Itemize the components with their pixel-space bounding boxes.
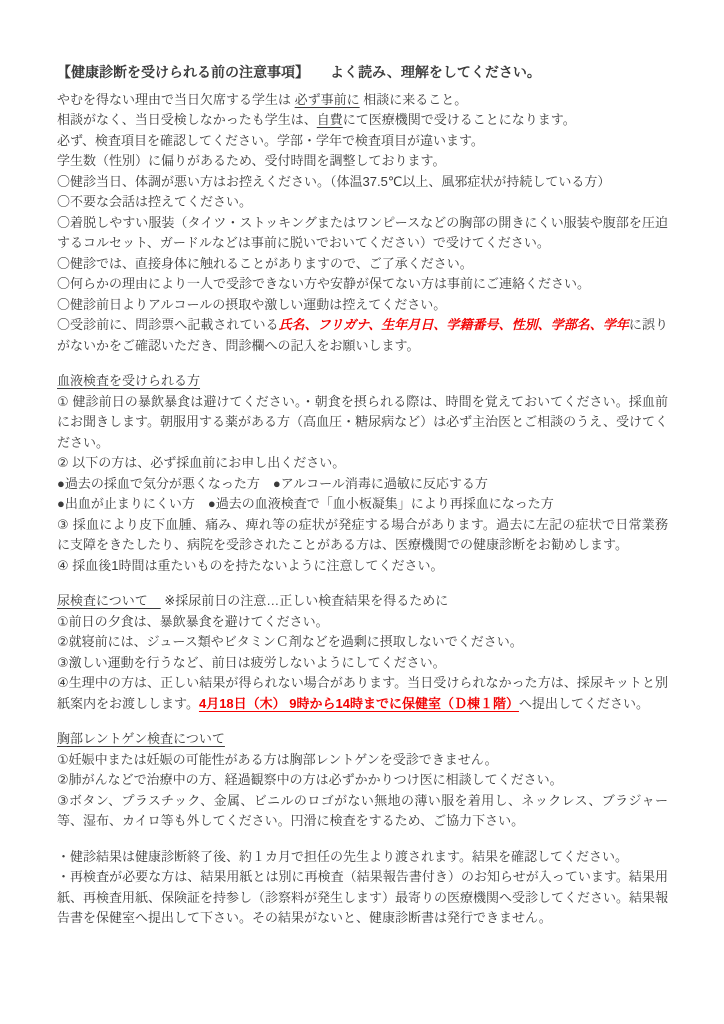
document-body: 【健康診断を受けられる前の注意事項】 よく読み、理解をしてください。やむを得ない… xyxy=(57,62,668,929)
results-item-2: ・再検査が必要な方は、結果用紙とは別に再検査（結果報告書付き）のお知らせが入って… xyxy=(57,867,668,929)
text-segment: 〇健診では、直接身体に触れることがありますので、ご了承ください。 xyxy=(57,256,473,271)
urine-item-4: ④生理中の方は、正しい結果が得られない場合があります。当日受けられなかった方は、… xyxy=(57,673,668,714)
text-segment: 必ず事前に xyxy=(295,92,360,107)
note-check-items: 必ず、検査項目を確認してください。学部・学年で検査項目が違います。 xyxy=(57,131,668,152)
text-segment: ②肺がんなどで治療中の方、経過観察中の方は必ずかかりつけ医に相談してください。 xyxy=(57,772,563,787)
text-segment: 血液検査を受けられる方 xyxy=(57,373,200,388)
results-item-1: ・健診結果は健康診断終了後、約１カ月で担任の先生より渡されます。結果を確認してく… xyxy=(57,847,668,868)
urine-test-heading: 尿検査について ※採尿前日の注意…正しい検査結果を得るために xyxy=(57,591,668,612)
text-segment: ②就寝前には、ジュース類やビタミンＣ剤などを過剰に摂取しないでください。 xyxy=(57,634,523,649)
note-no-talk: 〇不要な会話は控えてください。 xyxy=(57,192,668,213)
document-title: 【健康診断を受けられる前の注意事項】 よく読み、理解をしてください。 xyxy=(57,62,668,83)
text-segment: ④ 採血後1時間は重たいものを持たないように注意してください。 xyxy=(57,558,444,573)
pre-checkup-notes-section: 【健康診断を受けられる前の注意事項】 よく読み、理解をしてください。やむを得ない… xyxy=(57,62,668,356)
text-segment: ③ 採血により皮下血腫、痛み、痺れ等の症状が発症する場合があります。過去に左記の… xyxy=(57,517,668,553)
text-segment: 尿検査について xyxy=(57,593,161,608)
blood-test-section: 血液検査を受けられる方① 健診前日の暴飲暴食は避けてください。・朝食を摂られる際… xyxy=(57,371,668,576)
text-segment: よく読み、理解をしてください。 xyxy=(330,64,541,80)
text-segment: やむを得ない理由で当日欠席する学生は xyxy=(57,92,295,107)
note-absence: やむを得ない理由で当日欠席する学生は 必ず事前に 相談に来ること。 xyxy=(57,90,668,111)
document-page: 【健康診断を受けられる前の注意事項】 よく読み、理解をしてください。やむを得ない… xyxy=(0,0,724,1024)
text-segment: 相談に来ること。 xyxy=(360,92,468,107)
chest-xray-section: 胸部レントゲン検査について①妊娠中または妊娠の可能性がある方は胸部レントゲンを受… xyxy=(57,729,668,832)
blood-test-heading: 血液検査を受けられる方 xyxy=(57,371,668,392)
text-segment: ●過去の採血で気分が悪くなった方 ●アルコール消毒に過敏に反応する方 xyxy=(57,476,488,491)
note-reception-time: 学生数（性別）に偏りがあるため、受付時間を調整しております。 xyxy=(57,151,668,172)
text-segment: 自費 xyxy=(317,112,343,127)
text-segment: 相談がなく、当日受検しなかったも学生は、 xyxy=(57,112,317,127)
text-segment: ●出血が止まりにくい方 ●過去の血液検査で「血小板凝集」により再採血になった方 xyxy=(57,496,554,511)
text-segment: 必ず、検査項目を確認してください。学部・学年で検査項目が違います。 xyxy=(57,133,484,148)
urine-test-section: 尿検査について ※採尿前日の注意…正しい検査結果を得るために①前日の夕食は、暴飲… xyxy=(57,591,668,714)
note-no-alcohol: 〇健診前日よりアルコールの摂取や激しい運動は控えてください。 xyxy=(57,295,668,316)
text-segment: ① 健診前日の暴飲暴食は避けてください。・朝食を摂られる際は、時間を覚えておいて… xyxy=(57,394,668,450)
urine-item-2: ②就寝前には、ジュース類やビタミンＣ剤などを過剰に摂取しないでください。 xyxy=(57,632,668,653)
blood-item-2: ② 以下の方は、必ず採血前にお申し出ください。 xyxy=(57,453,668,474)
text-segment: 胸部レントゲン検査について xyxy=(57,731,225,746)
xray-item-2: ②肺がんなどで治療中の方、経過観察中の方は必ずかかりつけ医に相談してください。 xyxy=(57,770,668,791)
text-segment: ③激しい運動を行うなど、前日は疲労しないようにしてください。 xyxy=(57,655,446,670)
text-segment: 〇着脱しやすい服装（タイツ・ストッキングまたはワンピースなどの胸部の開きにくい服… xyxy=(57,215,668,251)
text-segment: ①妊娠中または妊娠の可能性がある方は胸部レントゲンを受診できません。 xyxy=(57,752,498,767)
text-segment: 〇不要な会話は控えてください。 xyxy=(57,194,252,209)
text-segment: ③ボタン、プラスチック、金属、ビニルのロゴがない無地の薄い服を着用し、ネックレス… xyxy=(57,793,668,829)
text-segment xyxy=(302,64,330,80)
text-segment: 〇健診前日よりアルコールの摂取や激しい運動は控えてください。 xyxy=(57,297,446,312)
blood-item-4: ④ 採血後1時間は重たいものを持たないように注意してください。 xyxy=(57,556,668,577)
text-segment: 学生数（性別）に偏りがあるため、受付時間を調整しております。 xyxy=(57,153,445,168)
text-segment: にて医療機関で受けることになります。 xyxy=(343,112,576,127)
text-segment: 4月18日（木） 9時から14時までに保健室（Ｄ棟１階） xyxy=(199,696,519,711)
note-assistance: 〇何らかの理由により一人で受診できない方や安静が保てない方は事前にご連絡ください… xyxy=(57,274,668,295)
note-fever: 〇健診当日、体調が悪い方はお控えください。（体温37.5℃以上、風邪症状が持続し… xyxy=(57,172,668,193)
urine-item-1: ①前日の夕食は、暴飲暴食を避けてください。 xyxy=(57,612,668,633)
note-self-pay: 相談がなく、当日受検しなかったも学生は、自費にて医療機関で受けることになります。 xyxy=(57,110,668,131)
blood-item-3: ③ 採血により皮下血腫、痛み、痺れ等の症状が発症する場合があります。過去に左記の… xyxy=(57,515,668,556)
text-segment: 【健康診断を受けられる前の注意事項】 xyxy=(57,64,302,80)
text-segment: 〇受診前に、問診票へ記載されている xyxy=(57,317,279,332)
blood-bullets-2: ●出血が止まりにくい方 ●過去の血液検査で「血小板凝集」により再採血になった方 xyxy=(57,494,668,515)
text-segment: ・再検査が必要な方は、結果用紙とは別に再検査（結果報告書付き）のお知らせが入って… xyxy=(57,869,668,925)
text-segment: ①前日の夕食は、暴飲暴食を避けてください。 xyxy=(57,614,329,629)
text-segment: 〇健診当日、体調が悪い方はお控えください。（体温37.5℃以上、風邪症状が持続し… xyxy=(57,174,610,189)
note-body-contact: 〇健診では、直接身体に触れることがありますので、ご了承ください。 xyxy=(57,254,668,275)
text-segment: へ提出してください。 xyxy=(519,696,649,711)
xray-item-3: ③ボタン、プラスチック、金属、ビニルのロゴがない無地の薄い服を着用し、ネックレス… xyxy=(57,791,668,832)
results-section: ・健診結果は健康診断終了後、約１カ月で担任の先生より渡されます。結果を確認してく… xyxy=(57,847,668,929)
note-clothing: 〇着脱しやすい服装（タイツ・ストッキングまたはワンピースなどの胸部の開きにくい服… xyxy=(57,213,668,254)
text-segment: ・健診結果は健康診断終了後、約１カ月で担任の先生より渡されます。結果を確認してく… xyxy=(57,849,628,864)
urine-item-3: ③激しい運動を行うなど、前日は疲労しないようにしてください。 xyxy=(57,653,668,674)
xray-item-1: ①妊娠中または妊娠の可能性がある方は胸部レントゲンを受診できません。 xyxy=(57,750,668,771)
text-segment: ② 以下の方は、必ず採血前にお申し出ください。 xyxy=(57,455,345,470)
text-segment: ※採尿前日の注意…正しい検査結果を得るために xyxy=(161,593,449,608)
note-questionnaire: 〇受診前に、問診票へ記載されている氏名、フリガナ、生年月日、学籍番号、性別、学部… xyxy=(57,315,668,356)
blood-item-1: ① 健診前日の暴飲暴食は避けてください。・朝食を摂られる際は、時間を覚えておいて… xyxy=(57,392,668,454)
chest-xray-heading: 胸部レントゲン検査について xyxy=(57,729,668,750)
text-segment: 〇何らかの理由により一人で受診できない方や安静が保てない方は事前にご連絡ください… xyxy=(57,276,590,291)
blood-bullets-1: ●過去の採血で気分が悪くなった方 ●アルコール消毒に過敏に反応する方 xyxy=(57,474,668,495)
text-segment: 氏名、フリガナ、生年月日、学籍番号、性別、学部名、学年 xyxy=(279,317,629,332)
